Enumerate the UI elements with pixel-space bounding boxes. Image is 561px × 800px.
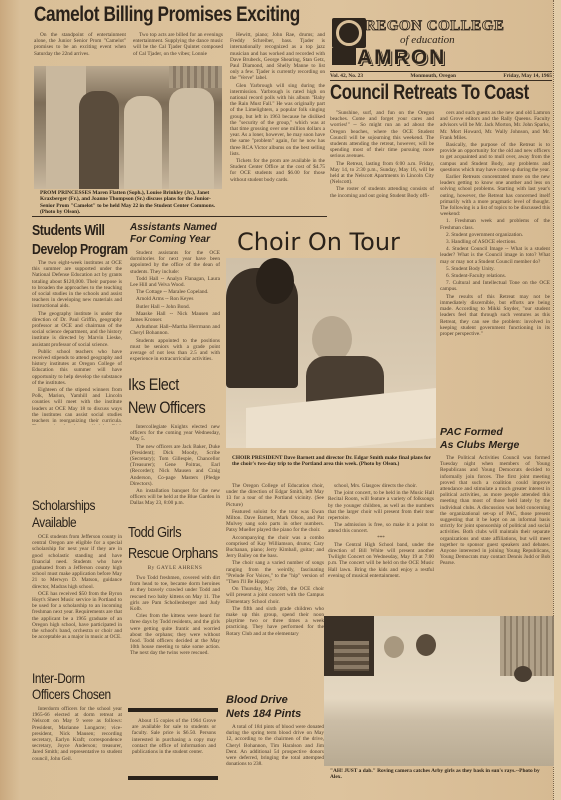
blood-headline-2: Nets 184 Pints [226, 708, 301, 720]
iks-body: Intercollegiate Knights elected new offi… [130, 424, 220, 506]
volume-number: Vol. 42, No. 23 [330, 73, 363, 79]
prom-princesses-photo [34, 66, 222, 189]
choir-col1: The Oregon College of Education choir, u… [226, 483, 324, 690]
interdorm-headline-1: Inter-Dorm [32, 670, 85, 686]
iks-headline-2: New Officers [128, 398, 205, 418]
iks-headline-1: Iks Elect [128, 375, 179, 395]
scholarships-headline-1: Scholarships [32, 497, 95, 513]
pac-headline-1: PAC Formed [440, 426, 503, 438]
students-develop-body: The two eight-week institutes at OCE thi… [32, 260, 122, 425]
todd-headline-2: Rescue Orphans [128, 545, 218, 562]
divider-bar-bottom [128, 776, 218, 780]
students-develop-headline-1: Students Will [32, 222, 104, 239]
todd-byline: By GAYLE AHRENS [130, 565, 220, 573]
section-divider [32, 216, 327, 217]
camelot-col3: Hewitt, piano; John Rae, drums; and Fred… [230, 32, 325, 200]
scholarships-body: OCE students from Jefferson county in ce… [32, 534, 122, 662]
assistants-headline-1: Assistants Named [130, 222, 217, 233]
camelot-col1: On the standpoint of entertainment alone… [34, 32, 126, 66]
grove-notice: About 15 copies of the 1964 Grove are av… [132, 718, 216, 774]
masthead-big-o [332, 18, 366, 48]
assistants-headline-2: For Coming Year [130, 234, 210, 245]
assistants-body: Student assistants for the OCE dormitori… [130, 250, 220, 375]
masthead-lamron: AMRON [357, 46, 446, 70]
masthead-big-l [332, 48, 356, 65]
arby-photo-caption: "AH! JUST a dab." Roving camera catches … [330, 768, 550, 781]
pac-headline-2: As Clubs Merge [440, 439, 519, 451]
todd-headline-1: Todd Girls [128, 524, 181, 541]
pac-body: The Political Activities Council was for… [440, 455, 550, 615]
newspaper-page: Camelot Billing Promises Exciting On the… [0, 0, 561, 800]
council-headline: Council Retreats To Coast [330, 81, 529, 105]
interdorm-headline-2: Officers Chosen [32, 686, 111, 702]
camelot-col2: Two top acts are billed for an evenings … [133, 32, 223, 66]
issue-date: Friday, May 14, 1965 [503, 73, 552, 79]
interdorm-body: Interdorm officers for the school year 1… [32, 706, 122, 776]
blood-headline-1: Blood Drive [226, 694, 288, 706]
blood-body: A total of 184 pints of blood were donat… [226, 724, 324, 784]
council-col1: "Sunshine, surf, and fun on the Oregon b… [330, 110, 434, 218]
prom-photo-caption: PROM PRINCESSES Maren Flatten (Soph.), L… [40, 190, 220, 215]
divider-bar-top [128, 708, 218, 712]
students-develop-headline-2: Develop Program [32, 241, 128, 258]
page-edge [553, 0, 561, 800]
choir-photo [226, 258, 436, 448]
choir-photo-caption: CHOIR PRESIDENT Dave Barnett and directo… [232, 455, 434, 468]
scholarships-headline-2: Available [32, 514, 76, 530]
location: Monmouth, Oregon [410, 73, 456, 79]
todd-body: Two Todd freshmen, covered with dirt fro… [130, 575, 220, 655]
choir-headline: Choir On Tour [237, 228, 400, 256]
masthead-of-education: of education [400, 34, 455, 46]
masthead-college-name: REGON COLLEGE [365, 18, 504, 35]
choir-col2: school, Mrs. Glasgow directs the choir. … [328, 483, 434, 609]
council-col2: cers and such guests as the new and old … [440, 110, 550, 430]
masthead-info-bar: Vol. 42, No. 23 Monmouth, Oregon Friday,… [330, 71, 552, 81]
arby-girls-photo [324, 616, 554, 766]
camelot-headline: Camelot Billing Promises Exciting [34, 3, 300, 27]
